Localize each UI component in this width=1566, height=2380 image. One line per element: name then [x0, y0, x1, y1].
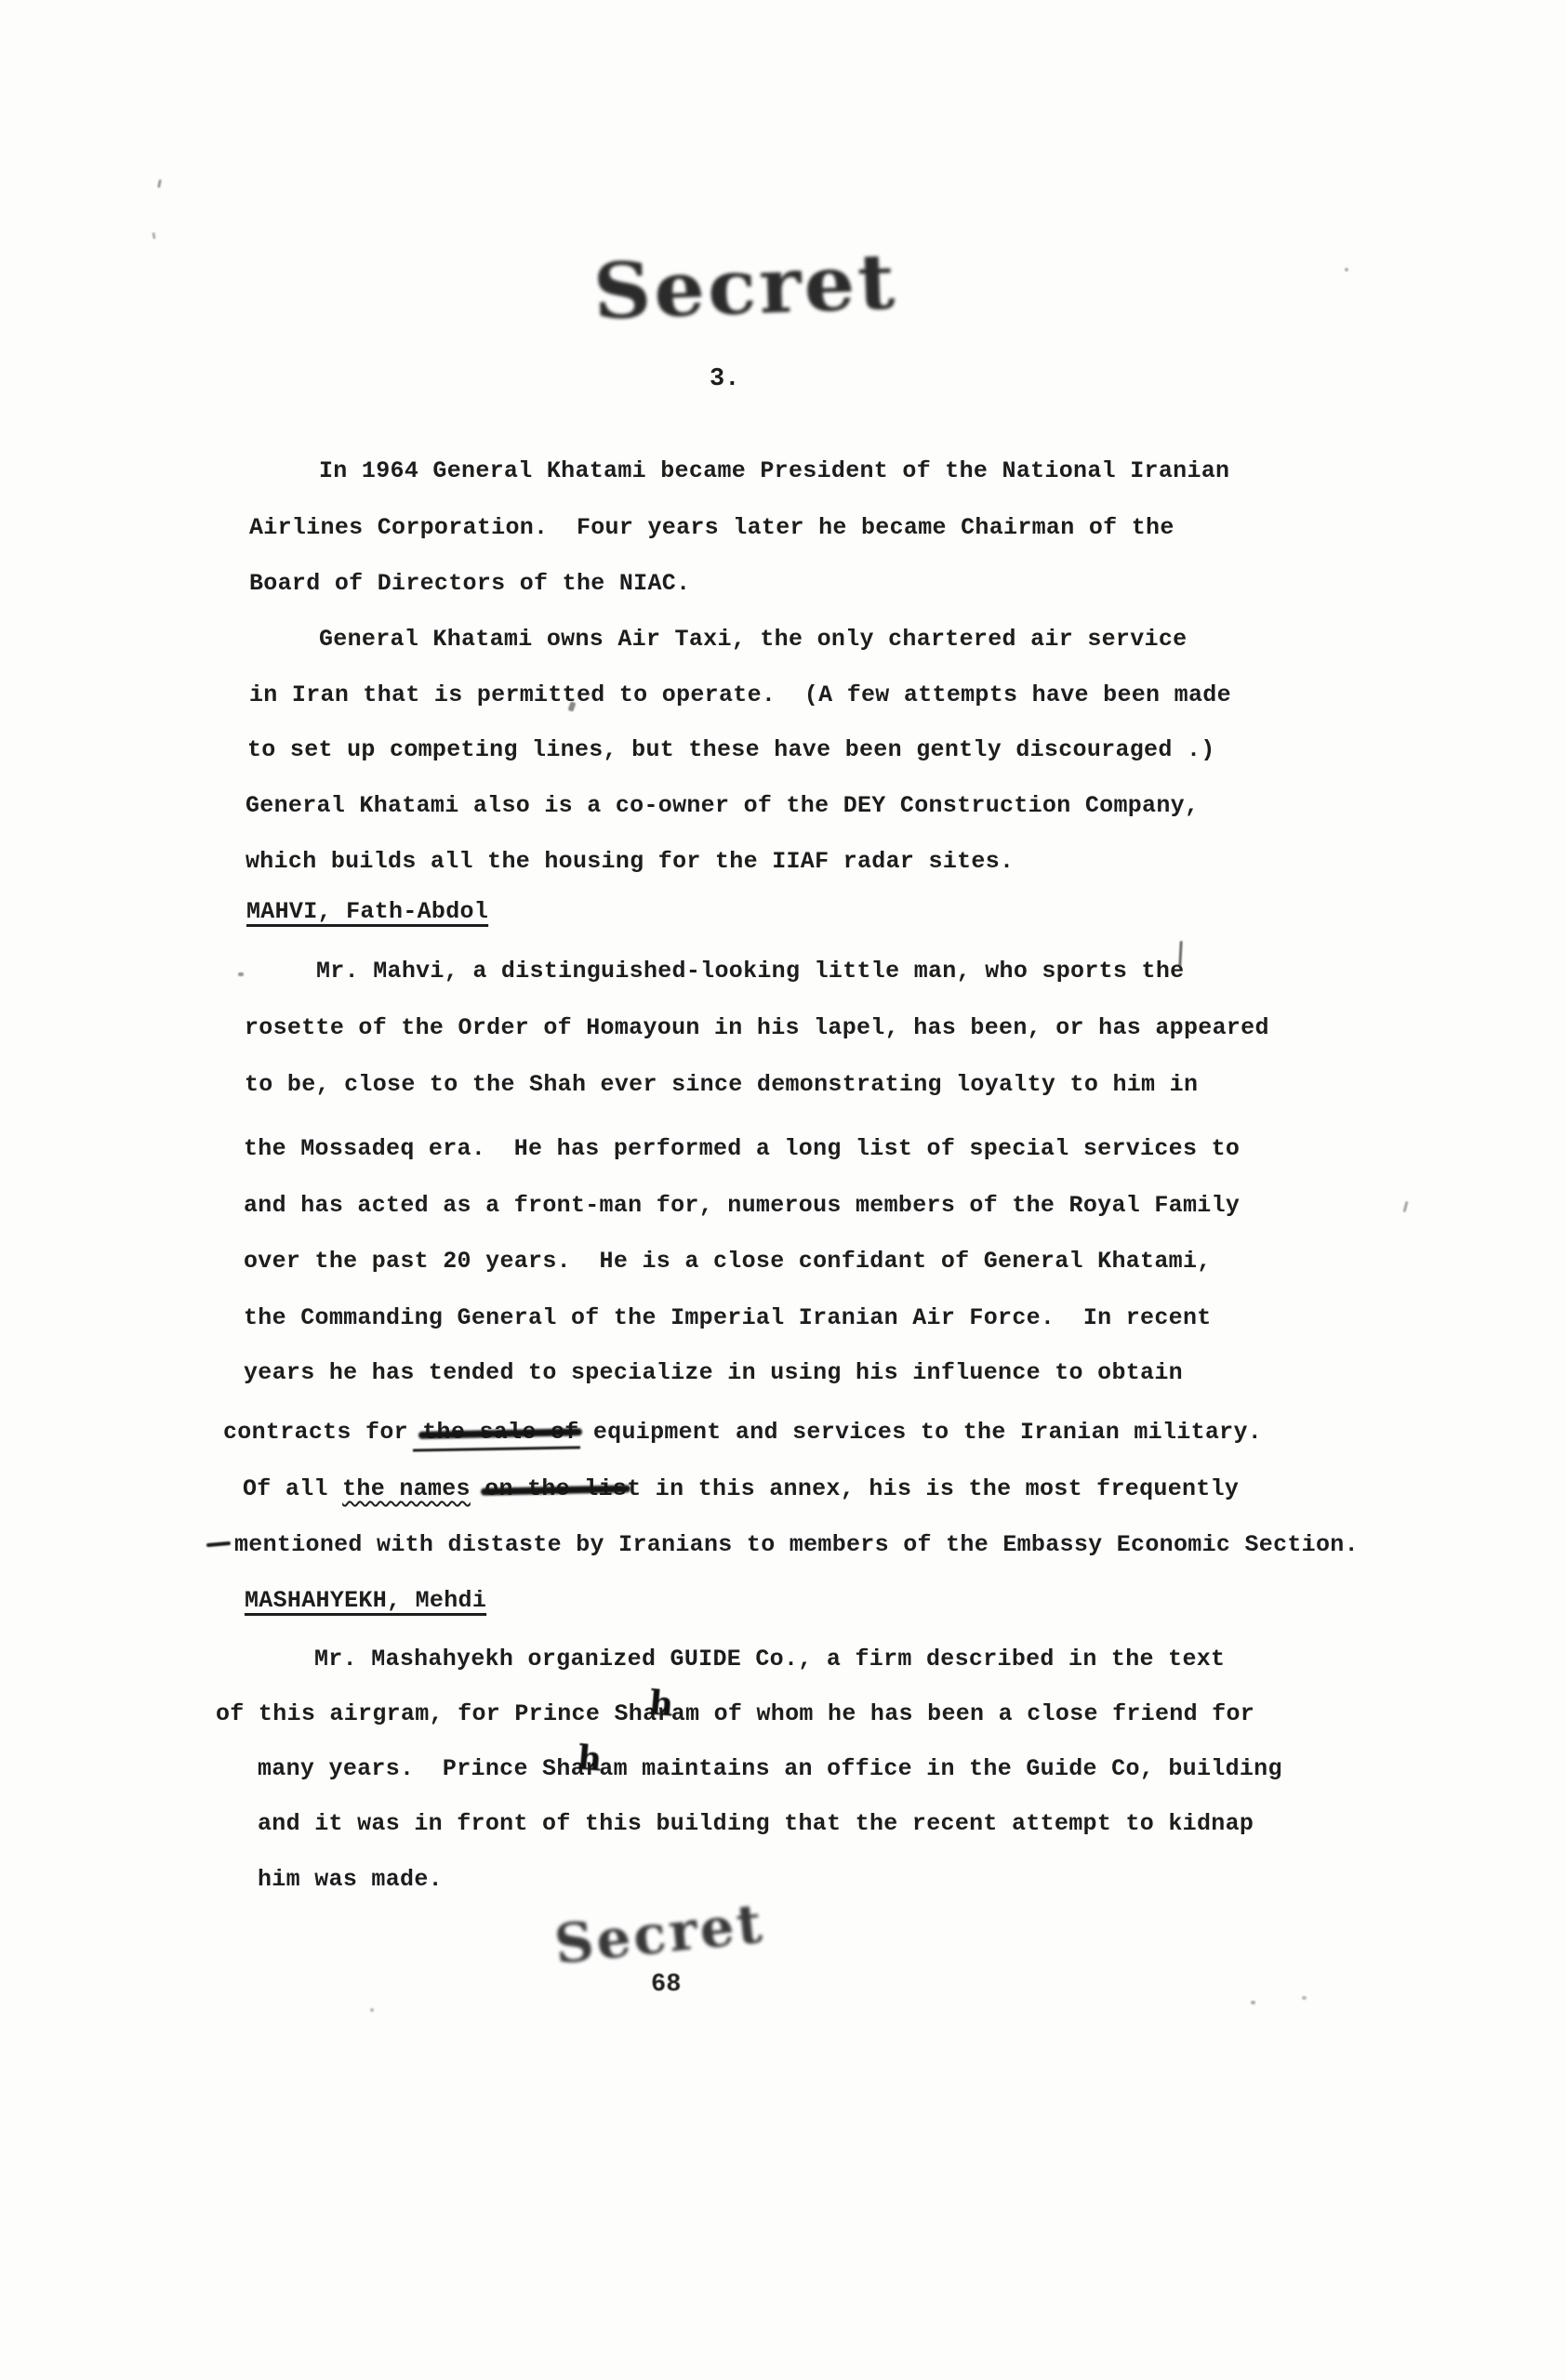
section-heading-mashahyekh: MASHAHYEKH, Mehdi — [245, 1587, 486, 1614]
scan-speck — [1302, 1996, 1307, 2000]
text-line: him was made. — [258, 1866, 443, 1893]
text-line: over the past 20 years. He is a close co… — [244, 1248, 1212, 1275]
text-line: the Mossadeq era. He has performed a lon… — [244, 1135, 1240, 1162]
line-segment: of this airgram, for Prince Sha — [216, 1700, 657, 1727]
text-line-with-insertion: many years. Prince Shahram maintains an … — [258, 1755, 1282, 1782]
pen-dash-mark — [206, 1541, 231, 1547]
text-line: General Khatami owns Air Taxi, the only … — [319, 626, 1187, 653]
text-line: mentioned with distaste by Iranians to m… — [234, 1531, 1359, 1558]
underlined-text: the names — [342, 1475, 471, 1502]
text-line: years he has tended to specialize in usi… — [244, 1359, 1183, 1386]
inserted-letter: h — [648, 1684, 676, 1725]
line-segment: mentioned with distaste by Iranians to m… — [234, 1531, 1359, 1558]
document-body: In 1964 General Khatami became President… — [0, 0, 1566, 2380]
text-line: which builds all the housing for the IIA… — [246, 848, 1014, 875]
scanned-document-page: Secret 3. In 1964 General Khatami became… — [0, 0, 1566, 2380]
line-segment: Of all — [243, 1475, 342, 1502]
text-line: General Khatami also is a co-owner of th… — [246, 792, 1199, 819]
line-segment: equipment and services to the Iranian mi… — [579, 1419, 1263, 1446]
text-line-with-strikeout: contracts for the sale of equipment and … — [223, 1419, 1262, 1446]
scan-speck — [238, 972, 244, 976]
line-segment: many years. Prince Sha — [258, 1755, 585, 1782]
struck-text: on the lis — [484, 1475, 627, 1502]
text-line: the Commanding General of the Imperial I… — [244, 1304, 1212, 1331]
struck-text: the sale of — [422, 1419, 578, 1446]
line-segment: ram maintains an office in the Guide Co,… — [585, 1755, 1282, 1782]
text-line: in Iran that is permitted to operate. (A… — [249, 681, 1231, 708]
text-line: Board of Directors of the NIAC. — [249, 570, 690, 597]
line-segment: t in this annex, his is the most frequen… — [627, 1475, 1239, 1502]
footer-page-number: 68 — [651, 1971, 681, 1999]
text-line: and it was in front of this building tha… — [258, 1810, 1254, 1837]
line-segment: contracts for — [223, 1419, 422, 1446]
scan-speck — [1251, 2001, 1255, 2004]
text-line: Mr. Mashahyekh organized GUIDE Co., a fi… — [314, 1646, 1225, 1673]
text-line-with-insertion: of this airgram, for Prince Shahram of w… — [216, 1700, 1254, 1727]
scan-speck — [370, 2008, 374, 2012]
line-segment: ram of whom he has been a close friend f… — [657, 1700, 1254, 1727]
inserted-letter: h — [576, 1739, 604, 1779]
section-heading-mahvi: MAHVI, Fath-Abdol — [246, 898, 488, 925]
text-line: Airlines Corporation. Four years later h… — [249, 514, 1174, 541]
text-line: rosette of the Order of Homayoun in his … — [245, 1014, 1269, 1041]
text-line: In 1964 General Khatami became President… — [319, 457, 1229, 484]
text-line: and has acted as a front-man for, numero… — [244, 1192, 1240, 1219]
text-line-with-strikeout: Of all the names on the list in this ann… — [243, 1475, 1239, 1502]
text-line: to be, close to the Shah ever since demo… — [245, 1071, 1198, 1098]
scan-speck — [1345, 268, 1348, 271]
text-line: to set up competing lines, but these hav… — [247, 736, 1215, 763]
text-line: Mr. Mahvi, a distinguished-looking littl… — [316, 958, 1184, 985]
